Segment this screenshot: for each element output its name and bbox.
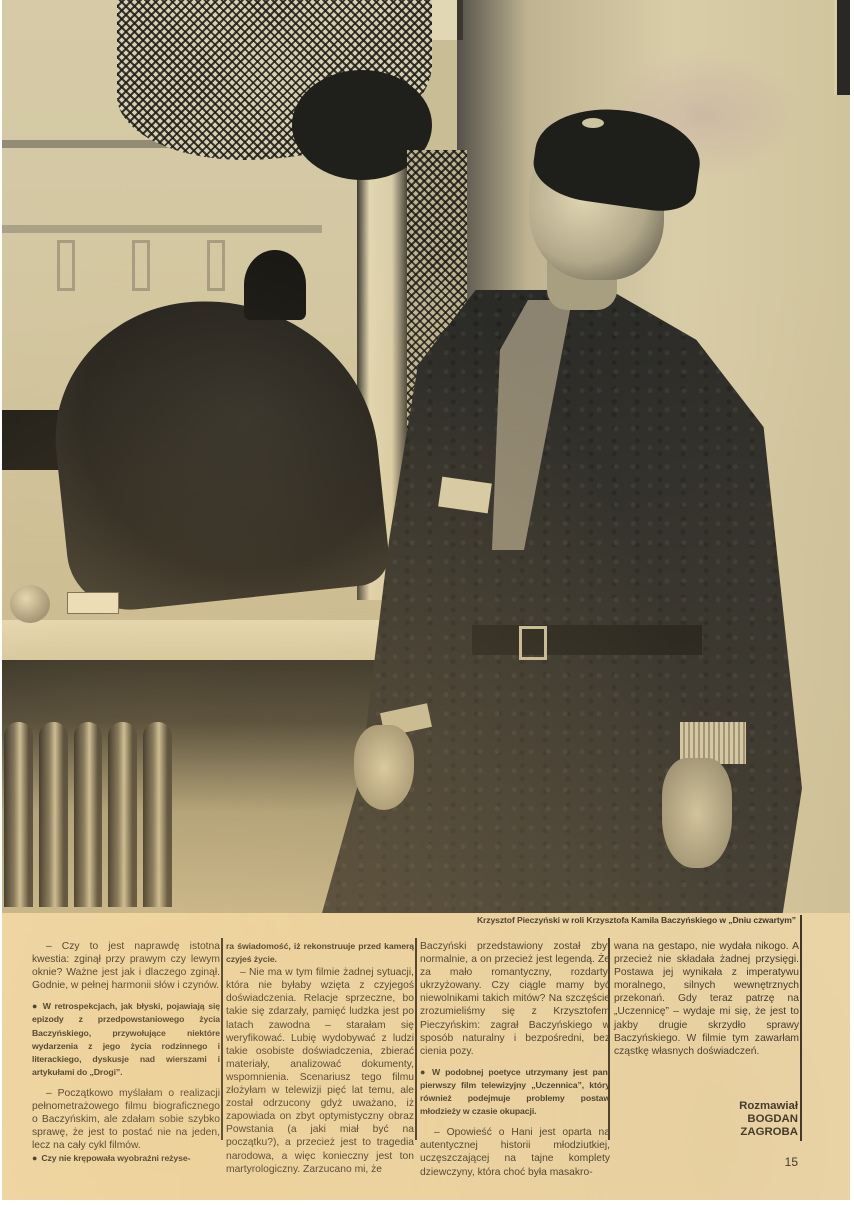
beret-eagle-badge [582, 118, 604, 128]
radiator [4, 722, 172, 907]
film-still-photo [2, 0, 850, 913]
building-window [207, 240, 225, 291]
answer-paragraph: – Czy to jest naprawdę istotna kwestia: … [32, 940, 220, 992]
books-on-sill [67, 592, 119, 614]
page-number: 15 [762, 1155, 798, 1169]
belt [472, 625, 702, 655]
picture-frame-edge [834, 0, 850, 95]
photo-caption: Krzysztof Pieczyński w roli Krzysztofa K… [412, 915, 796, 925]
window-sill [2, 620, 397, 663]
building-cornice [2, 225, 322, 233]
article-column-4: wana na gestapo, nie wydała nikogo. A pr… [614, 940, 799, 1058]
article-column-3: Baczyński przedstawiony został zbyt norm… [420, 940, 610, 1179]
question-paragraph: Czy nie krępowała wyobraźni reżyse- [32, 1152, 220, 1165]
belt-buckle [519, 626, 547, 660]
left-hand [354, 725, 414, 810]
column-rule [800, 915, 802, 1141]
answer-paragraph: – Nie ma w tym filmie żadnej sytuacji, k… [226, 966, 414, 1176]
answer-paragraph: Baczyński przedstawiony został zbyt norm… [420, 940, 610, 1058]
answer-paragraph: – Początkowo myślałam o realizacji pełno… [32, 1087, 220, 1152]
credit-first-name: BOGDAN [642, 1113, 798, 1126]
lamp [244, 250, 306, 320]
right-hand [662, 758, 732, 868]
answer-paragraph: wana na gestapo, nie wydała nikogo. A pr… [614, 940, 799, 1058]
column-rule [415, 938, 417, 1140]
article-column-2: ra świadomość, iż rekonstruuje przed kam… [226, 940, 414, 1176]
radiator-fin [39, 722, 68, 907]
column-rule [221, 938, 223, 1140]
apple [10, 585, 50, 623]
interviewer-credit: Rozmawiał BOGDAN ZAGROBA [642, 1100, 798, 1139]
article-column-1: – Czy to jest naprawdę istotna kwestia: … [32, 940, 220, 1166]
building-window [132, 240, 150, 291]
question-paragraph: W retrospekcjach, jak błyski, pojawiają … [32, 1000, 220, 1079]
credit-last-name: ZAGROBA [642, 1126, 798, 1139]
credit-label: Rozmawiał [642, 1100, 798, 1113]
radiator-fin [4, 722, 33, 907]
question-paragraph: W podobnej poetyce utrzymany jest pani p… [420, 1066, 610, 1118]
building-window [57, 240, 75, 291]
radiator-fin [108, 722, 137, 907]
magazine-page: Krzysztof Pieczyński w roli Krzysztofa K… [2, 0, 850, 1200]
radiator-fin [143, 722, 172, 907]
answer-paragraph: – Opowieść o Hani jest oparta na autenty… [420, 1126, 610, 1178]
radiator-fin [74, 722, 103, 907]
question-paragraph: ra świadomość, iż rekonstruuje przed kam… [226, 940, 414, 966]
